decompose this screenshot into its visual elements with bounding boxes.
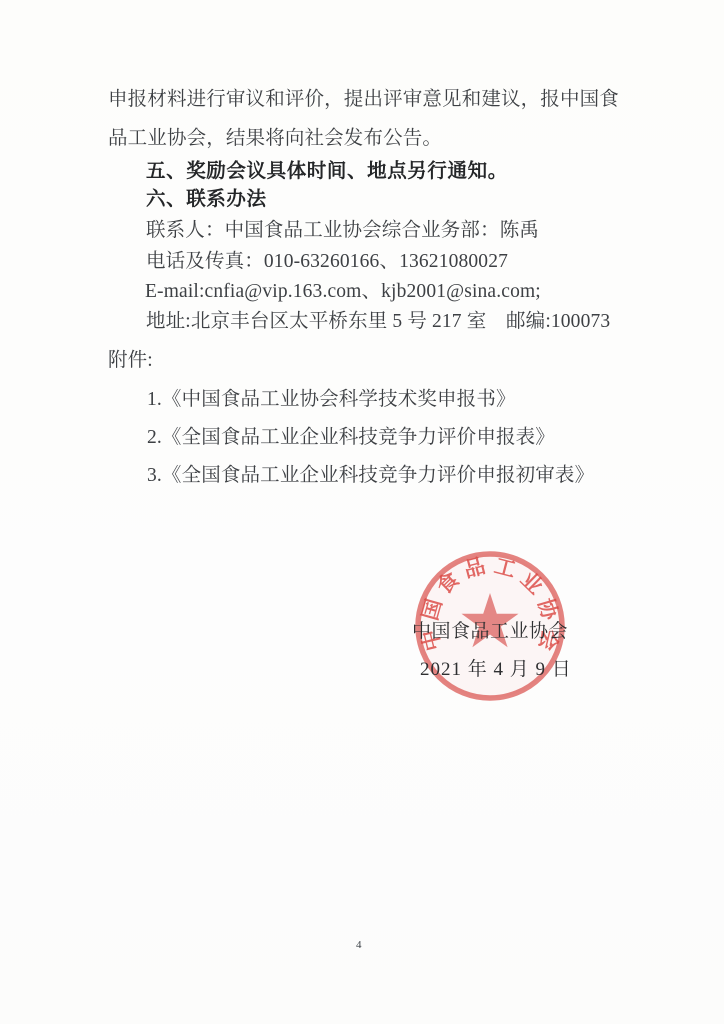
- signature-org: 中国食品工业协会: [412, 616, 568, 643]
- section-heading-six: 六、联系办法: [146, 189, 267, 210]
- section-heading-five: 五、奖励会议具体时间、地点另行通知。: [146, 161, 508, 182]
- paragraph-line: 申报材料进行审议和评价，提出评审意见和建议，报中国食: [108, 89, 619, 110]
- email-line: E-mail:cnfia@vip.163.com、kjb2001@sina.co…: [145, 281, 541, 302]
- address-line: 地址:北京丰台区太平桥东里 5 号 217 室 邮编:100073: [146, 311, 610, 332]
- attachments-label: 附件:: [108, 350, 153, 371]
- attachment-item: 3.《全国食品工业企业科技竞争力评价申报初审表》: [147, 465, 594, 486]
- contact-person-line: 联系人：中国食品工业协会综合业务部：陈禹: [146, 220, 539, 241]
- document-page: 申报材料进行审议和评价，提出评审意见和建议，报中国食 品工业协会，结果将向社会发…: [0, 0, 724, 1024]
- phone-fax-line: 电话及传真：010-63260166、13621080027: [146, 251, 508, 272]
- attachment-item: 1.《中国食品工业协会科学技术奖申报书》: [147, 389, 516, 410]
- signature-date: 2021 年 4 月 9 日: [420, 654, 572, 681]
- attachment-item: 2.《全国食品工业企业科技竞争力评价申报表》: [147, 427, 555, 448]
- page-number: 4: [356, 939, 362, 951]
- paragraph-line: 品工业协会，结果将向社会发布公告。: [108, 128, 442, 149]
